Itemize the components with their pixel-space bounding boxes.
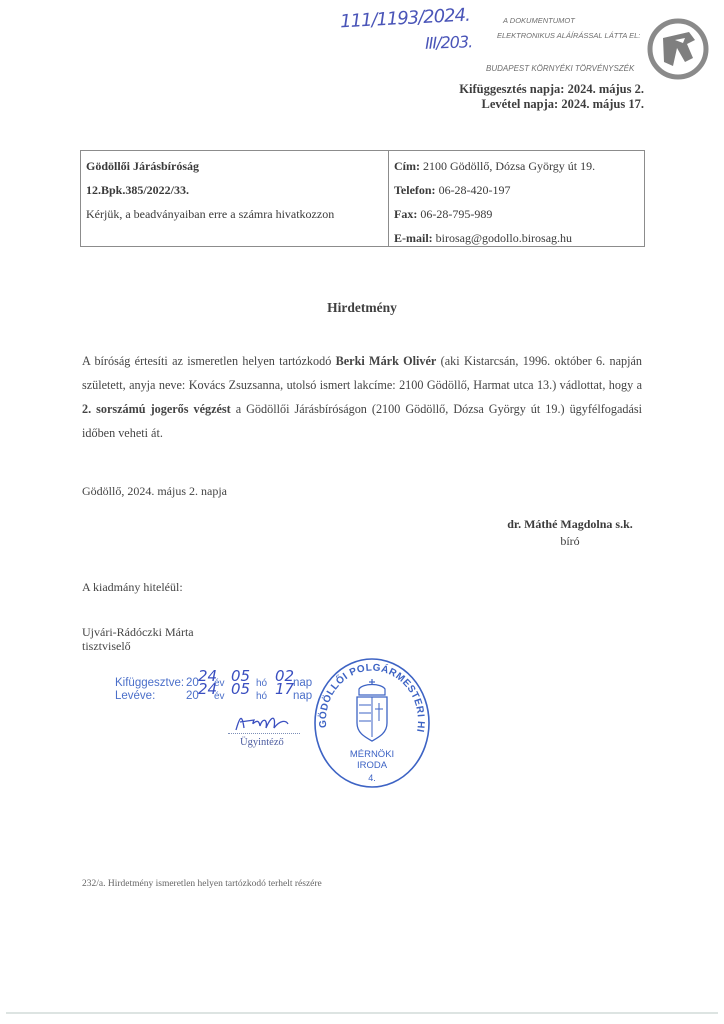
handwritten-signature <box>232 712 292 734</box>
document-reference: 2. sorszámú jogerős végzést <box>82 402 231 416</box>
municipal-seal: GÖDÖLLŐI POLGÁRMESTERI HIVATAL MÉRNÖKI I… <box>313 657 431 789</box>
document-title: Hirdetmény <box>0 300 724 316</box>
court-info-cell: Gödöllői Járásbíróság 12.Bpk.385/2022/33… <box>81 151 389 246</box>
place-and-date: Gödöllő, 2024. május 2. napja <box>82 484 227 499</box>
svg-text:IRODA: IRODA <box>357 760 388 771</box>
court-name: Gödöllői Járásbíróság <box>86 154 388 178</box>
certification-label: A kiadmány hiteléül: <box>82 580 183 595</box>
svg-text:MÉRNÖKI: MÉRNÖKI <box>350 749 394 760</box>
address-line: Cím: 2100 Gödöllő, Dózsa György út 19. <box>394 154 644 178</box>
posting-stamp: Kifüggesztve: 20 24 év 05 hó 02 nap Levé… <box>115 677 315 703</box>
reference-note: Kérjük, a beadványaiban erre a számra hi… <box>86 202 388 226</box>
defendant-name: Berki Márk Olivér <box>336 354 437 368</box>
judge-signature-block: dr. Máthé Magdolna s.k. bíró <box>490 516 650 550</box>
notice-body: A bíróság értesíti az ismeretlen helyen … <box>82 349 642 445</box>
hungarian-coat-of-arms-icon <box>357 679 387 741</box>
judge-role: bíró <box>490 533 650 550</box>
esign-line-1: A DOKUMENTUMOT <box>503 16 575 25</box>
esign-authority: BUDAPEST KÖRNYÉKI TÖRVÉNYSZÉK <box>486 64 634 73</box>
clerk-role: tisztviselő <box>82 639 194 653</box>
form-reference-note: 232/a. Hirdetmény ismeretlen helyen tart… <box>82 879 322 889</box>
phone-line: Telefon: 06-28-420-197 <box>394 178 644 202</box>
court-logo-icon <box>647 18 709 80</box>
clerk-block: Ujvári-Rádóczki Márta tisztviselő <box>82 625 194 653</box>
handwritten-registry-number: 111/1193/2024. <box>340 5 471 33</box>
handwritten-sub-number: III/203. <box>425 32 473 53</box>
posting-dates: Kifüggesztés napja: 2024. május 2. Levét… <box>459 82 644 112</box>
email-line: E-mail: birosag@godollo.birosag.hu <box>394 226 644 250</box>
scan-edge-line <box>6 1012 718 1014</box>
signature-line <box>228 733 300 734</box>
email-link[interactable]: birosag@godollo.birosag.hu <box>436 231 572 245</box>
judge-name: dr. Máthé Magdolna s.k. <box>490 516 650 533</box>
removed-date-line: Levétel napja: 2024. május 17. <box>459 97 644 112</box>
stamp-removed-row: Levéve: 20 24 év 05 hó 17 nap <box>115 690 315 703</box>
svg-text:4.: 4. <box>368 773 376 783</box>
fax-line: Fax: 06-28-795-989 <box>394 202 644 226</box>
case-number: 12.Bpk.385/2022/33. <box>86 178 388 202</box>
officer-label: Ügyintéző <box>240 737 284 748</box>
contact-info-cell: Cím: 2100 Gödöllő, Dózsa György út 19. T… <box>389 151 644 249</box>
esign-line-2: ELEKTRONIKUS ALÁÍRÁSSAL LÁTTA EL: <box>497 31 640 40</box>
clerk-name: Ujvári-Rádóczki Márta <box>82 625 194 639</box>
posted-date-line: Kifüggesztés napja: 2024. május 2. <box>459 82 644 97</box>
court-header-table: Gödöllői Járásbíróság 12.Bpk.385/2022/33… <box>80 150 645 247</box>
